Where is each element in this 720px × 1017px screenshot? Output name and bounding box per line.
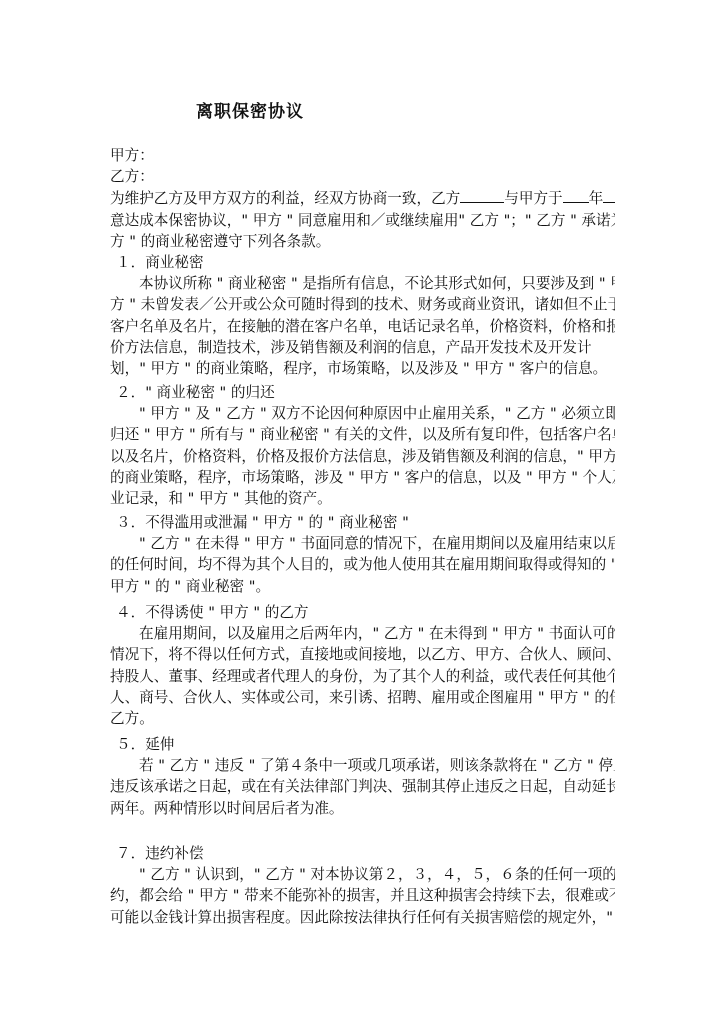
preamble-line-1: 为维护乙方及甲方双方的利益，经双方协商一致，乙方与甲方于年月日同 (110, 187, 615, 209)
party-b-label: 乙方： (110, 166, 615, 187)
section-line: 价方法信息，制造技术，涉及销售额及利润的信息，产品开发技术及开发计 (110, 337, 615, 358)
section-line: 人、商号、合伙人、实体或公司，来引诱、招聘、雇用或企图雇用 " 甲方 " 的任何 (110, 687, 615, 708)
section-line: 业记录，和 " 甲方 " 其他的资产。 (110, 488, 615, 509)
section-line: 情况下，将不得以任何方式，直接地或间接地，以乙方、甲方、合伙人、顾问、 (110, 644, 615, 665)
section-line: 以及名片，价格资料，价格及报价方法信息，涉及销售额及利润的信息，" 甲方 " (110, 446, 615, 467)
section-2-return-of-secrets: ２．" 商业秘密 " 的归还 " 甲方 " 及 " 乙方 " 双方不论因何种原因… (110, 382, 615, 509)
section-5-extension: ５．延伸 若 " 乙方 " 违反 " 了第４条中一项或几项承诺，则该条款将在 "… (110, 734, 615, 819)
year-blank (563, 187, 589, 203)
year-label: 年 (589, 190, 604, 207)
section-line: 客户名单及名片，在接触的潜在客户名单，电话记录名单，价格资料，价格和报 (110, 316, 615, 337)
preamble-line-3: 方 " 的商业秘密遵守下列各条款。 (110, 231, 615, 252)
section-line: 的商业策略，程序，市场策略，涉及 " 甲方 " 客户的信息，以及 " 甲方 " … (110, 467, 615, 488)
section-line: 方 " 未曾发表／公开或公众可随时得到的技术、财务或商业资讯，诸如但不止于 (110, 294, 615, 315)
section-line: 约，都会给 " 甲方 " 带来不能弥补的损害，并且这种损害会持续下去，很难或不 (110, 885, 615, 906)
section-line: " 乙方 " 认识到，" 乙方 " 对本协议第２，３，４，５，６条的任何一项的违 (110, 864, 615, 885)
section-line: 甲方 " 的 " 商业秘密 "。 (110, 576, 615, 597)
section-line: 划，" 甲方 " 的商业策略，程序，市场策略，以及涉及 " 甲方 " 客户的信息… (110, 358, 615, 379)
section-heading: ７．违约补偿 (110, 843, 615, 864)
section-line: 乙方。 (110, 708, 615, 729)
section-line: 本协议所称 " 商业秘密 " 是指所有信息，不论其形式如何，只要涉及到 " 甲 (110, 273, 615, 294)
section-heading: ３．不得滥用或泄漏 " 甲方 " 的 " 商业秘密 " (110, 512, 615, 533)
section-heading: ５．延伸 (110, 734, 615, 755)
section-line: 持股人、董事、经理或者代理人的身份，为了其个人的利益，或代表任何其他个 (110, 666, 615, 687)
section-heading: １．商业秘密 (110, 252, 615, 273)
section-1-trade-secrets: １．商业秘密 本协议所称 " 商业秘密 " 是指所有信息，不论其形式如何，只要涉… (110, 252, 615, 379)
section-line: 违反该承诺之日起，或在有关法律部门判决、强制其停止违反之日起，自动延长 (110, 776, 615, 797)
section-7-breach-compensation: ７．违约补偿 " 乙方 " 认识到，" 乙方 " 对本协议第２，３，４，５，６条… (110, 843, 615, 928)
party-a-label: 甲方： (110, 145, 615, 166)
section-heading: ４．不得诱使 " 甲方 " 的乙方 (110, 602, 615, 623)
section-4-no-solicitation: ４．不得诱使 " 甲方 " 的乙方 在雇用期间，以及雇用之后两年内，" 乙方 "… (110, 602, 615, 729)
section-line: " 甲方 " 及 " 乙方 " 双方不论因何种原因中止雇用关系，" 乙方 " 必… (110, 403, 615, 424)
section-line: 在雇用期间，以及雇用之后两年内，" 乙方 " 在未得到 " 甲方 " 书面认可的 (110, 623, 615, 644)
document-title: 离职保密协议 (0, 97, 610, 122)
section-line: 若 " 乙方 " 违反 " 了第４条中一项或几项承诺，则该条款将在 " 乙方 "… (110, 755, 615, 776)
section-line: " 乙方 " 在未得 " 甲方 " 书面同意的情况下，在雇用期间以及雇用结束以后 (110, 533, 615, 554)
parties-and-preamble: 甲方： 乙方： 为维护乙方及甲方双方的利益，经双方协商一致，乙方与甲方于年月日同… (110, 145, 615, 252)
section-line: 归还 " 甲方 " 所有与 " 商业秘密 " 有关的文件，以及所有复印件，包括客… (110, 424, 615, 445)
month-blank (603, 187, 615, 203)
party-b-name-blank (460, 187, 504, 203)
section-3-no-misuse: ３．不得滥用或泄漏 " 甲方 " 的 " 商业秘密 " " 乙方 " 在未得 "… (110, 512, 615, 597)
preamble-text: 为维护乙方及甲方双方的利益，经双方协商一致，乙方 (110, 190, 460, 207)
section-line: 可能以金钱计算出损害程度。因此除按法律执行任何有关损害赔偿的规定外，" (110, 907, 615, 928)
preamble-line-2: 意达成本保密协议，" 甲方 " 同意雇用和／或继续雇用" 乙方 "；" 乙方 "… (110, 210, 615, 231)
section-line: 的任何时间，均不得为其个人目的，或为他人使用其在雇用期间取得或得知的 " (110, 554, 615, 575)
preamble-text: 与甲方于 (504, 190, 562, 207)
section-heading: ２．" 商业秘密 " 的归还 (110, 382, 615, 403)
section-line: 两年。两种情形以时间居后者为准。 (110, 798, 615, 819)
